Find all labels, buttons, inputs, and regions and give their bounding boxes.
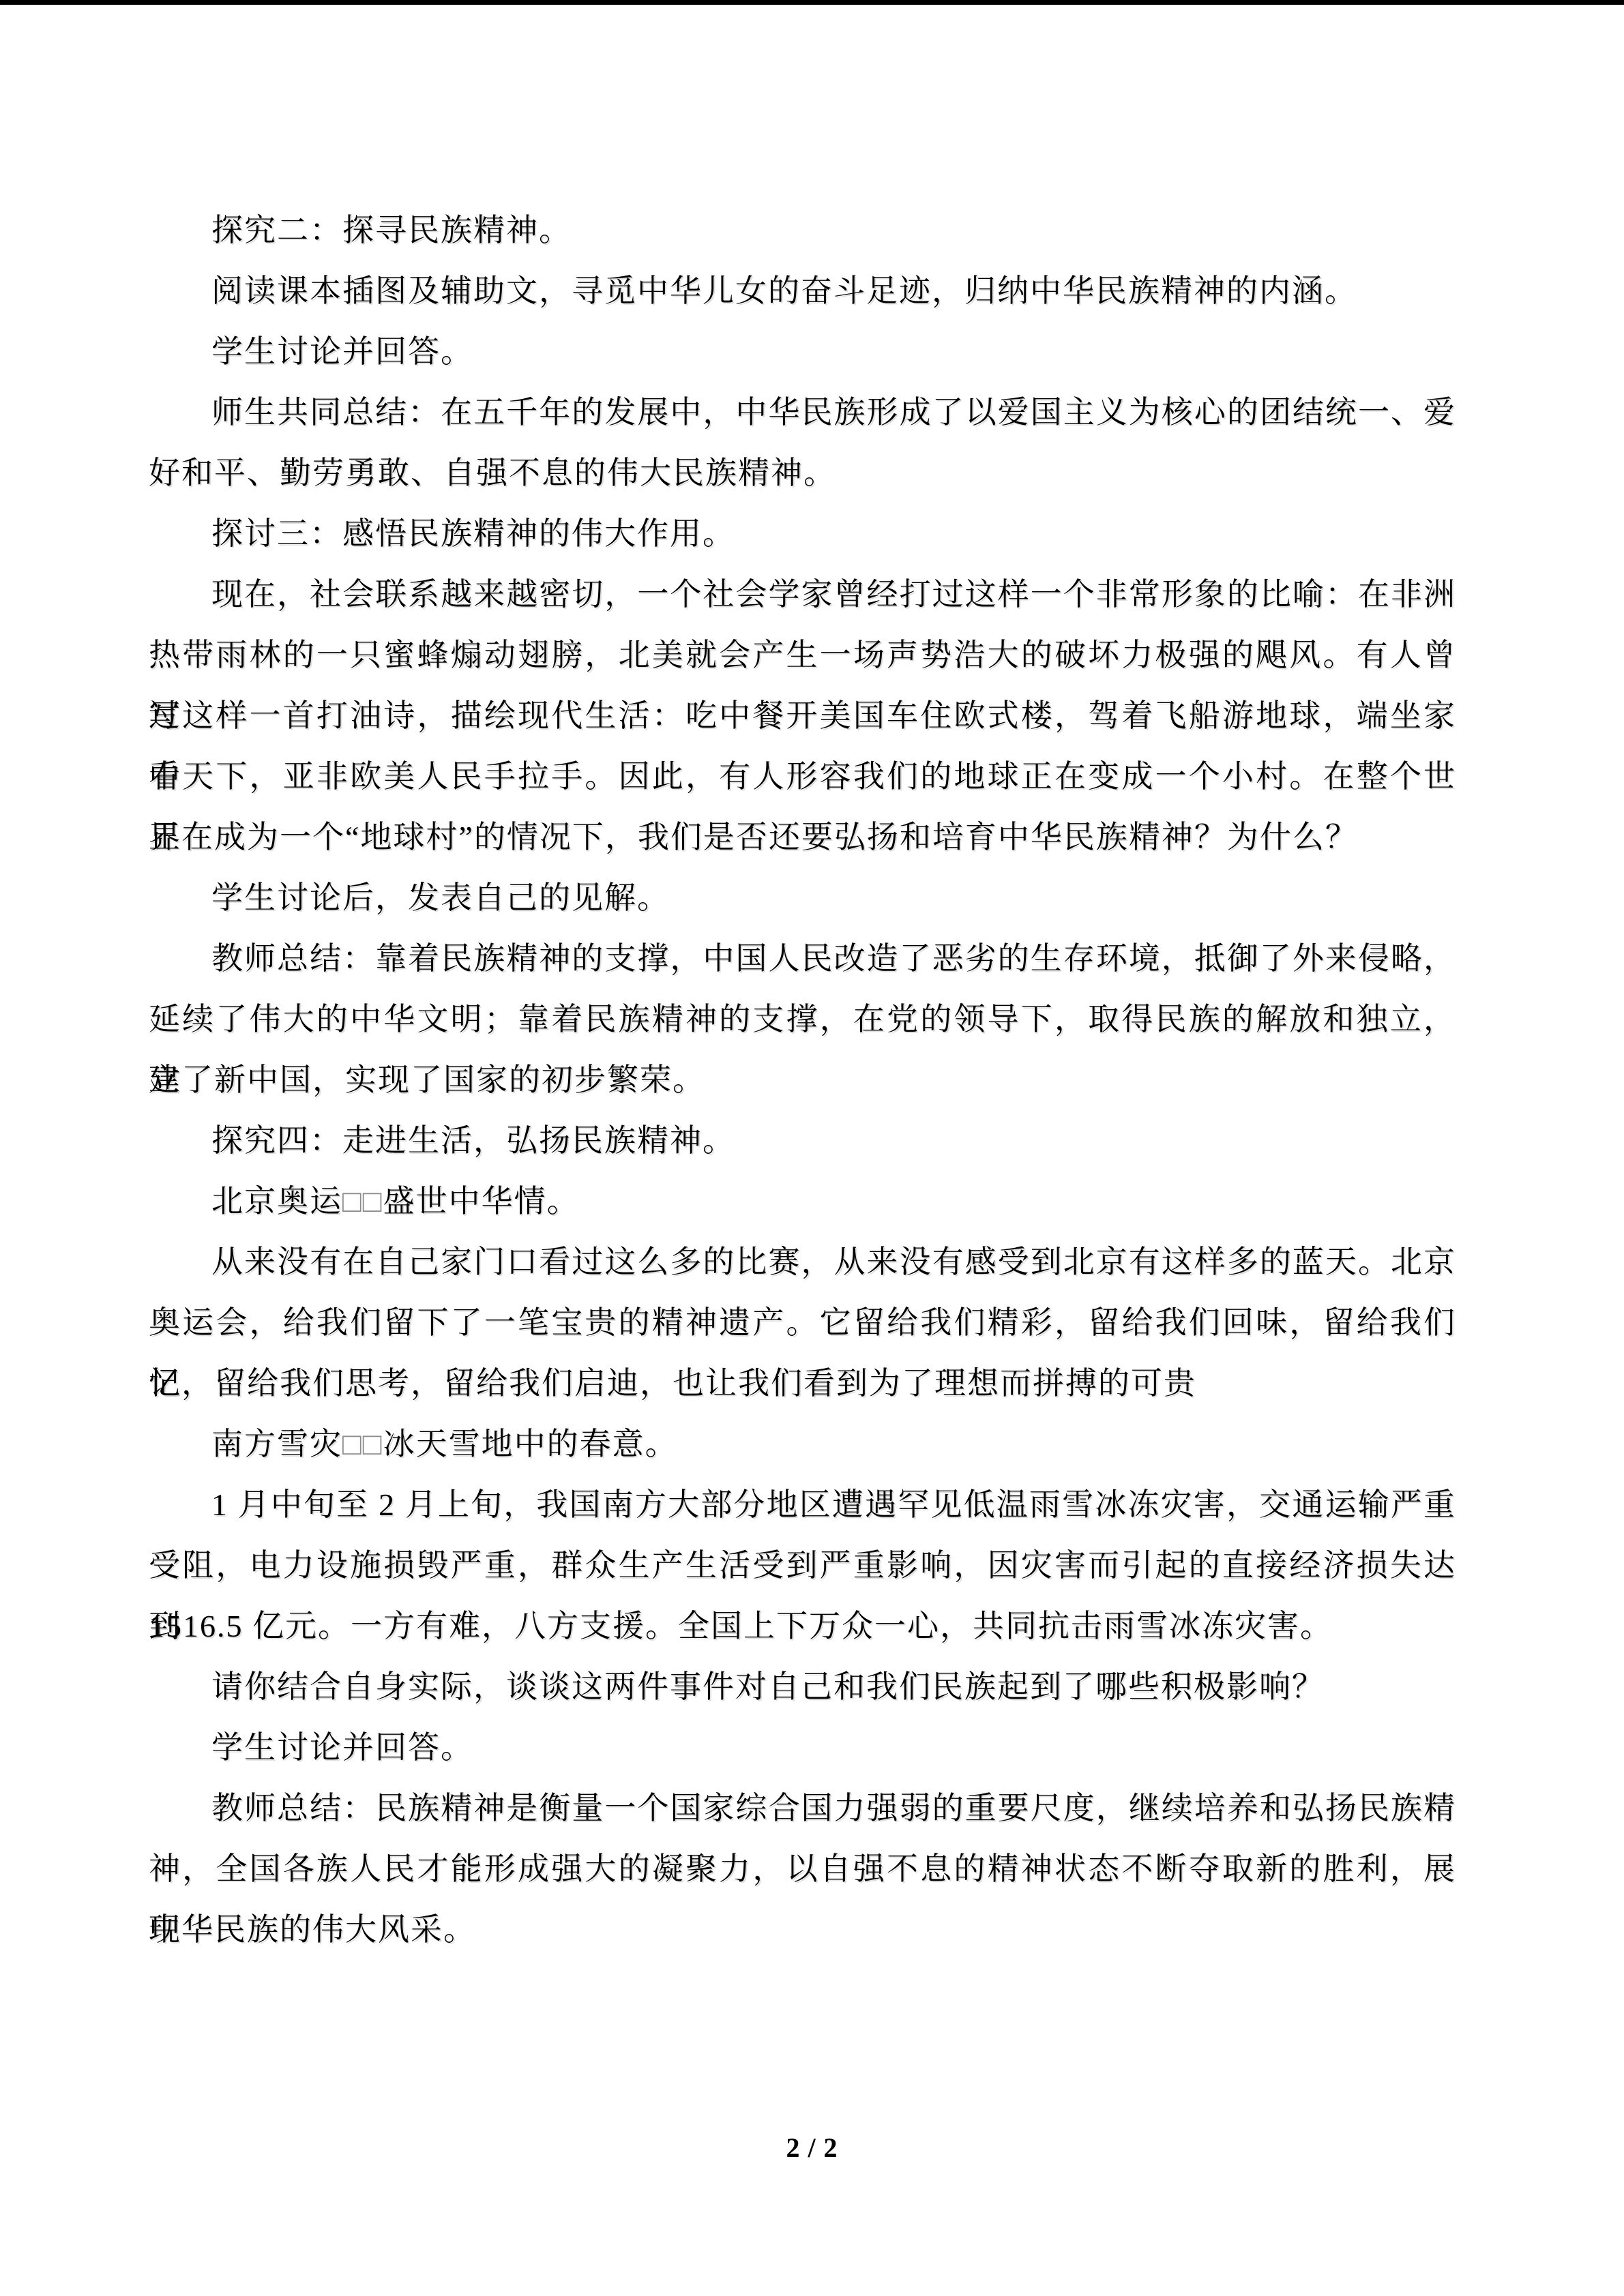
text-line: 学生讨论并回答。 xyxy=(149,1717,1456,1778)
missing-character-box: □ xyxy=(363,1427,383,1461)
text-line: 延续了伟大的中华文明；靠着民族精神的支撑，在党的领导下，取得民族的解放和独立，建 xyxy=(149,989,1456,1049)
text-line: 从来没有在自己家门口看过这么多的比赛，从来没有感受到北京有这样多的蓝天。北京 xyxy=(149,1232,1456,1292)
text-line: 学生讨论后，发表自己的见解。 xyxy=(149,867,1456,928)
missing-character-box: □ xyxy=(342,1184,363,1219)
text-line: 中华民族的伟大风采。 xyxy=(149,1899,1456,1960)
text-line: 忆，留给我们思考，留给我们启迪，也让我们看到为了理想而拼搏的可贵 xyxy=(149,1353,1456,1414)
text-line: 师生共同总结：在五千年的发展中，中华民族形成了以爱国主义为核心的团结统一、爱 xyxy=(149,382,1456,443)
text-line: 热带雨林的一只蜜蜂煽动翅膀，北美就会产生一场声势浩大的破坏力极强的飓风。有人曾写 xyxy=(149,625,1456,685)
text-line: 立了新中国，实现了国家的初步繁荣。 xyxy=(149,1049,1456,1110)
text-line: 过这样一首打油诗，描绘现代生活：吃中餐开美国车住欧式楼，驾着飞船游地球，端坐家中 xyxy=(149,685,1456,746)
text-line: 请你结合自身实际，谈谈这两件事件对自己和我们民族起到了哪些积极影响？ xyxy=(149,1656,1456,1717)
text-line: 神，全国各族人民才能形成强大的凝聚力，以自强不息的精神状态不断夺取新的胜利，展现 xyxy=(149,1838,1456,1899)
document-page: 探究二：探寻民族精神。阅读课本插图及辅助文，寻觅中华儿女的奋斗足迹，归纳中华民族… xyxy=(0,0,1624,2296)
text-line: 1 月中旬至 2 月上旬，我国南方大部分地区遭遇罕见低温雨雪冰冻灾害，交通运输严… xyxy=(149,1474,1456,1535)
text-line: 探究二：探寻民族精神。 xyxy=(149,200,1456,260)
text-line: 现在，社会联系越来越密切，一个社会学家曾经打过这样一个非常形象的比喻：在非洲 xyxy=(149,564,1456,625)
page-footer: 2 / 2 xyxy=(0,2126,1624,2170)
text-line: 南方雪灾□□冰天雪地中的春意。 xyxy=(149,1414,1456,1474)
document-text-block: 探究二：探寻民族精神。阅读课本插图及辅助文，寻觅中华儿女的奋斗足迹，归纳中华民族… xyxy=(149,200,1456,1960)
missing-character-box: □ xyxy=(363,1184,383,1219)
missing-character-box: □ xyxy=(342,1427,363,1461)
text-line: 探究四：走进生活，弘扬民族精神。 xyxy=(149,1110,1456,1171)
text-line: 1516.5 亿元。一方有难，八方支援。全国上下万众一心，共同抗击雨雪冰冻灾害。 xyxy=(149,1596,1456,1656)
text-line: 阅读课本插图及辅助文，寻觅中华儿女的奋斗足迹，归纳中华民族精神的内涵。 xyxy=(149,260,1456,321)
text-line: 正在成为一个“地球村”的情况下，我们是否还要弘扬和培育中华民族精神？为什么？ xyxy=(149,807,1456,867)
text-line: 教师总结：靠着民族精神的支撑，中国人民改造了恶劣的生存环境，抵御了外来侵略， xyxy=(149,928,1456,989)
text-line: 奥运会，给我们留下了一笔宝贵的精神遗产。它留给我们精彩，留给我们回味，留给我们记 xyxy=(149,1292,1456,1353)
text-line: 教师总结：民族精神是衡量一个国家综合国力强弱的重要尺度，继续培养和弘扬民族精 xyxy=(149,1778,1456,1838)
text-line: 好和平、勤劳勇敢、自强不息的伟大民族精神。 xyxy=(149,443,1456,503)
text-line: 北京奥运□□盛世中华情。 xyxy=(149,1171,1456,1232)
text-line: 看天下，亚非欧美人民手拉手。因此，有人形容我们的地球正在变成一个小村。在整个世界 xyxy=(149,746,1456,807)
screenshot-top-border xyxy=(0,0,1624,5)
text-line: 探讨三：感悟民族精神的伟大作用。 xyxy=(149,503,1456,564)
page-number: 2 / 2 xyxy=(786,2132,838,2163)
text-line: 受阻，电力设施损毁严重，群众生产生活受到严重影响，因灾害而引起的直接经济损失达到 xyxy=(149,1535,1456,1596)
text-line: 学生讨论并回答。 xyxy=(149,321,1456,382)
